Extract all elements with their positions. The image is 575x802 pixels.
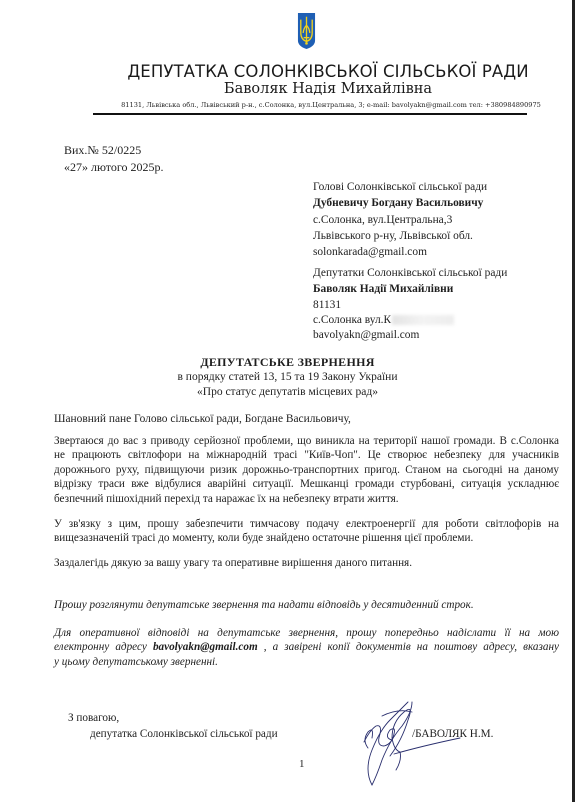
- paragraph-line: У зв'язку з цим, прошу забезпечити тимча…: [54, 517, 559, 531]
- letterhead-title: ДЕПУТАТКА СОЛОНКІВСЬКОЇ СІЛЬСЬКОЇ РАДИ: [118, 62, 538, 81]
- paragraph-line: дорожнього руху, підвищуючи ризик дорожн…: [54, 463, 559, 477]
- recipient-address-2: Львівського р-ну, Львівської обл.: [313, 229, 473, 243]
- paragraph-line: відрізку траси вже відбулися аварійні си…: [54, 477, 559, 491]
- sender-name: Баволяк Надії Михайлівни: [313, 282, 453, 296]
- salutation: Шановний пане Голово сільської ради, Бог…: [54, 412, 351, 426]
- signer-name: /БАВОЛЯК Н.М.: [412, 727, 493, 741]
- paragraph-response-contact: Для оперативної відповіді на депутатське…: [54, 626, 559, 669]
- paragraph-text: електронну адресу: [54, 641, 153, 653]
- paragraph-response-deadline: Прошу розглянути депутатське звернення т…: [54, 598, 474, 612]
- sender-email: bavolyakn@gmail.com: [313, 328, 419, 342]
- closing-regards: З повагою,: [68, 711, 119, 725]
- paragraph-line: Звертаюся до вас з приводу серйозної про…: [54, 434, 559, 448]
- ukraine-coat-of-arms-icon: [297, 12, 316, 50]
- paragraph-line: не працюють світлофори на міжнародній тр…: [54, 448, 559, 462]
- paragraph-line: вищезазначеній трасі до моменту, коли бу…: [54, 531, 559, 545]
- recipient-address-1: с.Солонка, вул.Центральна,3: [313, 213, 452, 227]
- appeal-subtitle-statute: «Про статус депутатів місцевих рад»: [0, 385, 575, 399]
- paragraph-line: безпечний пішохідний перехід та наражає …: [54, 492, 559, 506]
- contact-email: bavolyakn@gmail.com: [153, 641, 258, 653]
- paragraph-line: у цьому депутатському зверненні.: [54, 655, 559, 669]
- paragraph-text: , а завірені копії документів на поштову…: [258, 641, 559, 653]
- paragraph-line: електронну адресу bavolyakn@gmail.com , …: [54, 640, 559, 654]
- redacted-blur: [392, 315, 454, 325]
- appeal-title: ДЕПУТАТСЬКЕ ЗВЕРНЕННЯ: [0, 355, 575, 369]
- outgoing-number: Вих.№ 52/0225: [64, 143, 141, 157]
- outgoing-date: «27» лютого 2025р.: [64, 160, 164, 174]
- appeal-subtitle-law: в порядку статей 13, 15 та 19 Закону Укр…: [0, 370, 575, 384]
- letterhead-divider: [93, 113, 527, 115]
- recipient-title: Голові Солонківської сільської ради: [313, 180, 487, 194]
- letterhead-name: Баволяк Надія Михайлівна: [118, 81, 538, 97]
- closing-position: депутатка Солонківської сільської ради: [90, 727, 278, 741]
- sender-title: Депутатки Солонківської сільської ради: [313, 266, 507, 280]
- paragraph-thanks: Заздалегідь дякую за вашу увагу та опера…: [54, 556, 412, 570]
- paragraph-line: Для оперативної відповіді на депутатське…: [54, 626, 559, 640]
- sender-address-text: с.Солонка вул.К: [313, 314, 391, 326]
- page-number: 1: [299, 757, 305, 771]
- paragraph-problem: Звертаюся до вас з приводу серйозної про…: [54, 434, 559, 506]
- paragraph-request: У зв'язку з цим, прошу забезпечити тимча…: [54, 517, 559, 546]
- sender-postcode: 81131: [313, 298, 341, 312]
- letterhead-contacts: 81131, Львівська обл., Львівський р-н., …: [98, 101, 564, 109]
- sender-address: с.Солонка вул.К: [313, 313, 454, 327]
- letter-page: ДЕПУТАТКА СОЛОНКІВСЬКОЇ СІЛЬСЬКОЇ РАДИ Б…: [0, 0, 575, 802]
- recipient-email: solonkarada@gmail.com: [313, 245, 427, 259]
- recipient-name: Дубневичу Богдану Васильовичу: [313, 196, 483, 210]
